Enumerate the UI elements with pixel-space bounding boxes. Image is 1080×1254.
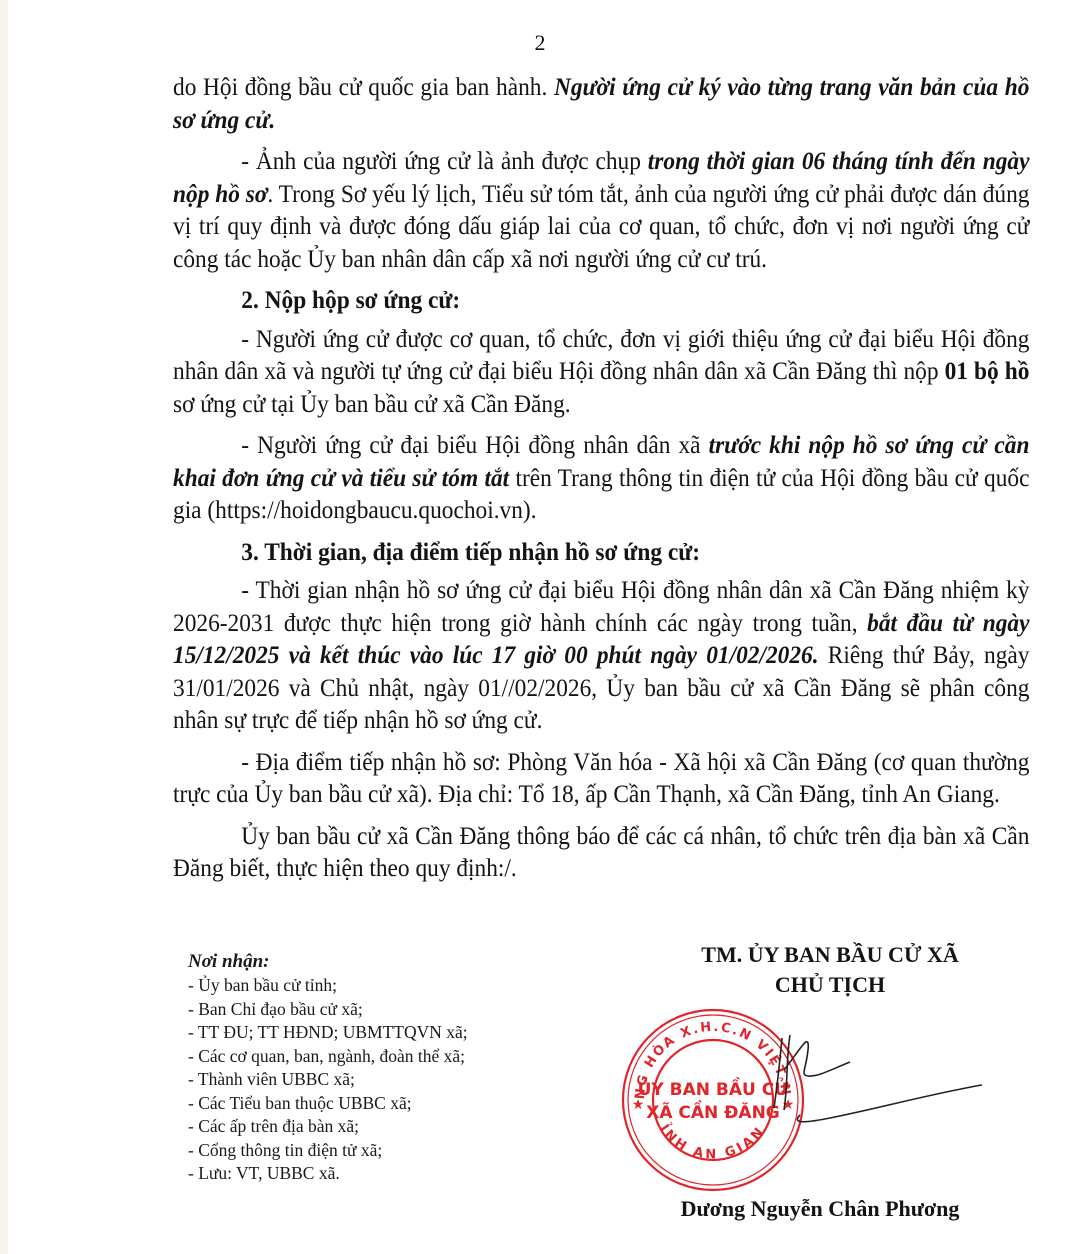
- paragraph-location: - Địa điểm tiếp nhận hồ sơ: Phòng Văn hó…: [173, 747, 1029, 812]
- document-body: do Hội đồng bầu cử quốc gia ban hành. Ng…: [173, 72, 1029, 895]
- paragraph-continuation: do Hội đồng bầu cử quốc gia ban hành. Ng…: [173, 72, 1029, 137]
- signature-title-block: TM. ỦY BAN BẦU CỬ XÃ CHỦ TỊCH: [630, 940, 1030, 1000]
- section-heading-3: 3. Thời gian, địa điểm tiếp nhận hồ sơ ứ…: [173, 537, 1029, 570]
- paragraph-time: - Thời gian nhận hồ sơ ứng cử đại biểu H…: [173, 575, 1029, 738]
- page-number: 2: [0, 30, 1080, 56]
- handwritten-signature-icon: [770, 1030, 990, 1140]
- svg-text:XÃ CẦN ĐĂNG: XÃ CẦN ĐĂNG: [646, 1099, 780, 1123]
- recipient-item: - Các cơ quan, ban, ngành, đoàn thể xã;: [188, 1045, 468, 1069]
- recipient-item: - Ủy ban bầu cử tỉnh;: [188, 974, 468, 998]
- paragraph-submission: - Người ứng cử được cơ quan, tổ chức, đơ…: [173, 324, 1029, 422]
- text-plain: sơ ứng cử tại Ủy ban bầu cử xã Cần Đăng.: [173, 391, 571, 418]
- recipients-block: Nơi nhận: - Ủy ban bầu cử tỉnh; - Ban Ch…: [188, 950, 468, 1186]
- svg-text:ỦY BAN BẦU CỬ: ỦY BAN BẦU CỬ: [638, 1076, 790, 1100]
- text-plain: - Ảnh của người ứng cử là ảnh được chụp: [241, 148, 648, 175]
- recipient-item: - Thành viên UBBC xã;: [188, 1068, 468, 1092]
- on-behalf-label: TM. ỦY BAN BẦU CỬ XÃ: [630, 940, 1030, 970]
- recipient-item: - Các Tiểu ban thuộc UBBC xã;: [188, 1092, 468, 1116]
- text-plain: - Người ứng cử đại biểu Hội đồng nhân dâ…: [241, 432, 708, 459]
- recipient-item: - Ban Chỉ đạo bầu cử xã;: [188, 998, 468, 1022]
- paragraph-online-declaration: - Người ứng cử đại biểu Hội đồng nhân dâ…: [173, 430, 1029, 528]
- text-plain: do Hội đồng bầu cử quốc gia ban hành.: [173, 74, 554, 101]
- document-page: 2 do Hội đồng bầu cử quốc gia ban hành. …: [0, 0, 1080, 1254]
- recipients-list: - Ủy ban bầu cử tỉnh; - Ban Chỉ đạo bầu …: [188, 974, 468, 1186]
- recipients-title: Nơi nhận:: [188, 950, 468, 974]
- paragraph-closing: Ủy ban bầu cử xã Cần Đăng thông báo để c…: [173, 821, 1029, 886]
- signer-name: Dương Nguyễn Chân Phương: [620, 1196, 1020, 1222]
- recipient-item: - TT ĐU; TT HĐND; UBMTTQVN xã;: [188, 1021, 468, 1045]
- text-plain: . Trong Sơ yếu lý lịch, Tiểu sử tóm tắt,…: [173, 181, 1029, 273]
- text-plain: - Người ứng cử được cơ quan, tổ chức, đơ…: [173, 326, 1029, 386]
- svg-text:★: ★: [632, 1097, 645, 1113]
- recipient-item: - Lưu: VT, UBBC xã.: [188, 1162, 468, 1186]
- recipient-item: - Các ấp trên địa bàn xã;: [188, 1115, 468, 1139]
- paragraph-photo-requirement: - Ảnh của người ứng cử là ảnh được chụp …: [173, 146, 1029, 276]
- text-bold: 01 bộ hồ: [945, 358, 1030, 385]
- section-heading-2: 2. Nộp hộp sơ ứng cử:: [173, 285, 1029, 318]
- position-label: CHỦ TỊCH: [630, 970, 1030, 1000]
- recipient-item: - Cổng thông tin điện tử xã;: [188, 1139, 468, 1163]
